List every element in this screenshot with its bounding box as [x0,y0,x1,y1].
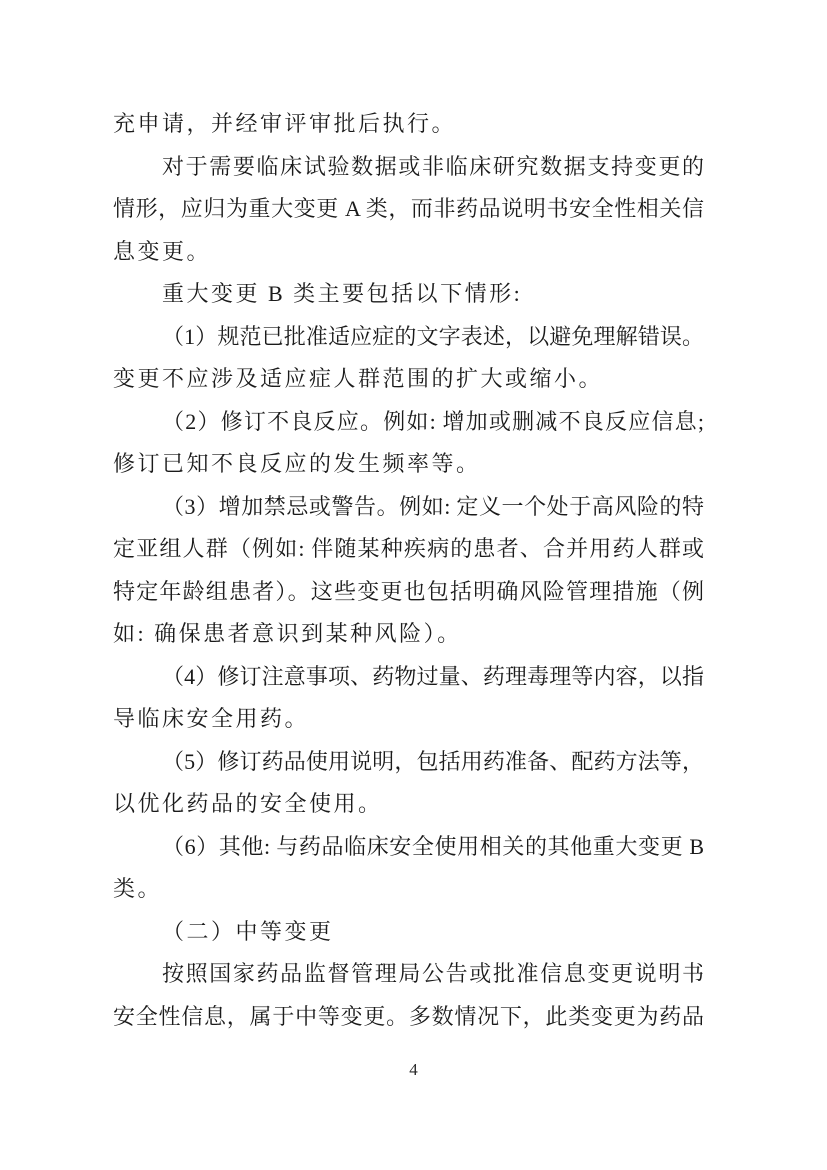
text-line: （5）修订药品使用说明，包括用药准备、配药方法等， [113,741,704,784]
document-body: 充申请，并经审评审批后执行。 对于需要临床试验数据或非临床研究数据支持变更的 情… [113,103,704,1038]
page-number: 4 [409,1060,418,1079]
text-line: 对于需要临床试验数据或非临床研究数据支持变更的 [113,146,704,189]
text-line: 变更不应涉及适应症人群范围的扩大或缩小。 [113,358,704,401]
text-line: 如: 确保患者意识到某种风险）。 [113,613,704,656]
document-page: { "page": { "number": "4", "background_c… [0,0,827,1170]
text-line: （4）修订注意事项、药物过量、药理毒理等内容，以指 [113,656,704,699]
text-line: （1）规范已批准适应症的文字表述，以避免理解错误。 [113,316,704,359]
text-line: 重大变更 B 类主要包括以下情形: [113,273,704,316]
text-line: 修订已知不良反应的发生频率等。 [113,443,704,486]
text-line: 导临床安全用药。 [113,698,704,741]
text-line: 息变更。 [113,231,704,274]
text-line: 按照国家药品监督管理局公告或批准信息变更说明书 [113,953,704,996]
text-line: （2）修订不良反应。例如: 增加或删减不良反应信息; [113,401,704,444]
text-line: 类。 [113,868,704,911]
text-line: 定亚组人群（例如: 伴随某种疾病的患者、合并用药人群或 [113,528,704,571]
text-line: （二）中等变更 [113,911,704,954]
page-footer: 4 [0,1060,827,1080]
text-line: （3）增加禁忌或警告。例如: 定义一个处于高风险的特 [113,486,704,529]
text-line: 充申请，并经审评审批后执行。 [113,103,704,146]
text-line: （6）其他: 与药品临床安全使用相关的其他重大变更 B [113,826,704,869]
text-line: 情形，应归为重大变更 A 类，而非药品说明书安全性相关信 [113,188,704,231]
text-line: 特定年龄组患者）。这些变更也包括明确风险管理措施（例 [113,571,704,614]
text-line: 安全性信息，属于中等变更。多数情况下，此类变更为药品 [113,996,704,1039]
text-line: 以优化药品的安全使用。 [113,783,704,826]
